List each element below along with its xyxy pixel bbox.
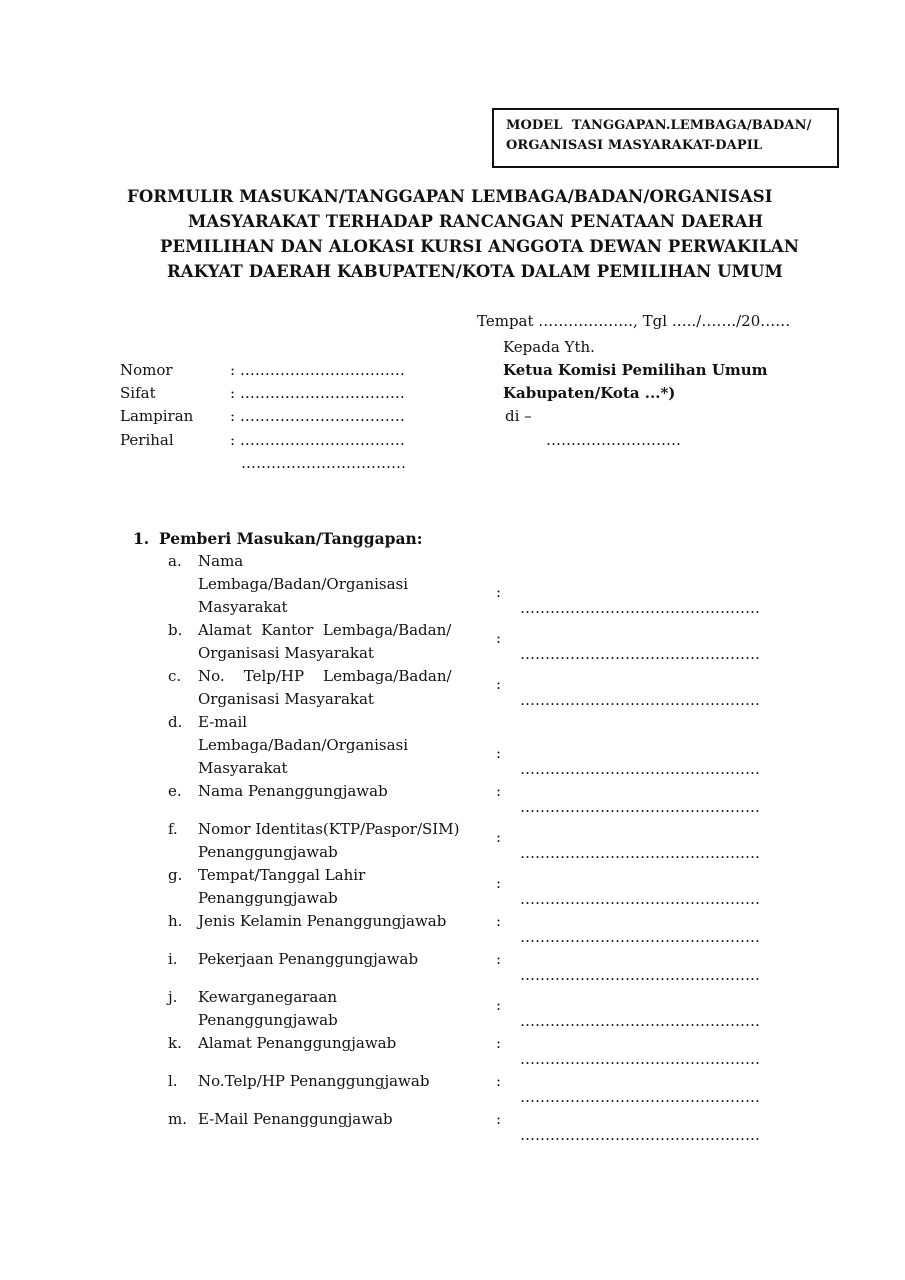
field-input-blank[interactable]: ………………………………………… xyxy=(520,842,760,865)
field-input-blank[interactable]: ………………………………………… xyxy=(520,926,760,949)
field-letter: g. xyxy=(168,864,182,887)
section-number: 1. xyxy=(133,527,149,550)
meta-field-sifat[interactable]: : …………………………… xyxy=(230,382,405,405)
place-date-field[interactable]: Tempat ………………., Tgl …../……./20…… xyxy=(477,310,790,333)
field-input-blank[interactable]: ………………………………………… xyxy=(520,758,760,781)
form-title-line-1: FORMULIR MASUKAN/TANGGAPAN LEMBAGA/BADAN… xyxy=(127,184,773,209)
meta-label-lampiran: Lampiran xyxy=(120,405,193,428)
field-label: Penanggungjawab xyxy=(198,841,338,864)
field-input-blank[interactable]: ………………………………………… xyxy=(520,796,760,819)
field-input-blank[interactable]: ………………………………………… xyxy=(520,597,760,620)
field-input-blank[interactable]: ………………………………………… xyxy=(520,1124,760,1147)
field-label: Jenis Kelamin Penanggungjawab xyxy=(198,910,446,933)
field-label: Alamat Penanggungjawab xyxy=(198,1032,396,1055)
form-title-line-3: PEMILIHAN DAN ALOKASI KURSI ANGGOTA DEWA… xyxy=(160,234,799,259)
field-label: Masyarakat xyxy=(198,757,288,780)
field-colon: : xyxy=(496,826,501,849)
field-label: Organisasi Masyarakat xyxy=(198,642,374,665)
field-input-blank[interactable]: ………………………………………… xyxy=(520,689,760,712)
field-label: Pekerjaan Penanggungjawab xyxy=(198,948,418,971)
addressee-line-2: Kabupaten/Kota ...*) xyxy=(503,382,675,405)
field-colon: : xyxy=(496,742,501,765)
model-label-line-1: MODEL TANGGAPAN.LEMBAGA/BADAN/ xyxy=(506,116,837,136)
field-colon: : xyxy=(496,1070,501,1093)
field-input-blank[interactable]: ………………………………………… xyxy=(520,964,760,987)
field-colon: : xyxy=(496,994,501,1017)
field-letter: f. xyxy=(168,818,178,841)
meta-field-perihal[interactable]: : …………………………… xyxy=(230,429,405,452)
field-label: E-Mail Penanggungjawab xyxy=(198,1108,393,1131)
field-letter: k. xyxy=(168,1032,182,1055)
field-label: Tempat/Tanggal Lahir xyxy=(198,864,365,887)
field-letter: d. xyxy=(168,711,182,734)
form-title-line-4: RAKYAT DAERAH KABUPATEN/KOTA DALAM PEMIL… xyxy=(167,259,783,284)
meta-label-sifat: Sifat xyxy=(120,382,156,405)
field-letter: c. xyxy=(168,665,181,688)
field-colon: : xyxy=(496,581,501,604)
meta-label-nomor: Nomor xyxy=(120,359,173,382)
field-label: Nama Penanggungjawab xyxy=(198,780,388,803)
field-label: No. Telp/HP Lembaga/Badan/ xyxy=(198,665,452,688)
field-letter: m. xyxy=(168,1108,187,1131)
field-letter: i. xyxy=(168,948,178,971)
field-letter: h. xyxy=(168,910,182,933)
field-input-blank[interactable]: ………………………………………… xyxy=(520,1048,760,1071)
meta-label-perihal: Perihal xyxy=(120,429,174,452)
form-title-line-2: MASYARAKAT TERHADAP RANCANGAN PENATAAN D… xyxy=(188,209,763,234)
field-colon: : xyxy=(496,1108,501,1131)
meta-field-perihal-continuation[interactable]: …………………………… xyxy=(241,452,406,475)
addressee-di: di – xyxy=(505,405,532,428)
field-letter: e. xyxy=(168,780,182,803)
field-letter: j. xyxy=(168,986,177,1009)
addressee-salutation: Kepada Yth. xyxy=(503,336,595,359)
field-letter: l. xyxy=(168,1070,178,1093)
field-label: Lembaga/Badan/Organisasi xyxy=(198,734,408,757)
field-colon: : xyxy=(496,673,501,696)
field-label: E-mail xyxy=(198,711,247,734)
field-colon: : xyxy=(496,780,501,803)
field-label: Lembaga/Badan/Organisasi xyxy=(198,573,408,596)
field-label: Penanggungjawab xyxy=(198,887,338,910)
field-input-blank[interactable]: ………………………………………… xyxy=(520,1010,760,1033)
section-heading: Pemberi Masukan/Tanggapan: xyxy=(159,527,423,550)
field-label: Masyarakat xyxy=(198,596,288,619)
field-colon: : xyxy=(496,910,501,933)
field-input-blank[interactable]: ………………………………………… xyxy=(520,888,760,911)
field-label: Nama xyxy=(198,550,243,573)
model-label-line-2: ORGANISASI MASYARAKAT-DAPIL xyxy=(506,136,837,156)
addressee-line-1: Ketua Komisi Pemilihan Umum xyxy=(503,359,768,382)
field-label: No.Telp/HP Penanggungjawab xyxy=(198,1070,429,1093)
addressee-location-blank[interactable]: ……………………… xyxy=(546,429,681,452)
field-input-blank[interactable]: ………………………………………… xyxy=(520,643,760,666)
field-label: Alamat Kantor Lembaga/Badan/ xyxy=(198,619,451,642)
field-label: Nomor Identitas(KTP/Paspor/SIM) xyxy=(198,818,459,841)
field-colon: : xyxy=(496,1032,501,1055)
field-label: Kewarganegaraan xyxy=(198,986,337,1009)
field-label: Organisasi Masyarakat xyxy=(198,688,374,711)
field-letter: a. xyxy=(168,550,182,573)
meta-field-nomor[interactable]: : …………………………… xyxy=(230,359,405,382)
field-input-blank[interactable]: ………………………………………… xyxy=(520,1086,760,1109)
form-model-label-box: MODEL TANGGAPAN.LEMBAGA/BADAN/ ORGANISAS… xyxy=(492,108,839,168)
field-colon: : xyxy=(496,948,501,971)
field-colon: : xyxy=(496,872,501,895)
field-letter: b. xyxy=(168,619,182,642)
meta-field-lampiran[interactable]: : …………………………… xyxy=(230,405,405,428)
field-label: Penanggungjawab xyxy=(198,1009,338,1032)
field-colon: : xyxy=(496,627,501,650)
